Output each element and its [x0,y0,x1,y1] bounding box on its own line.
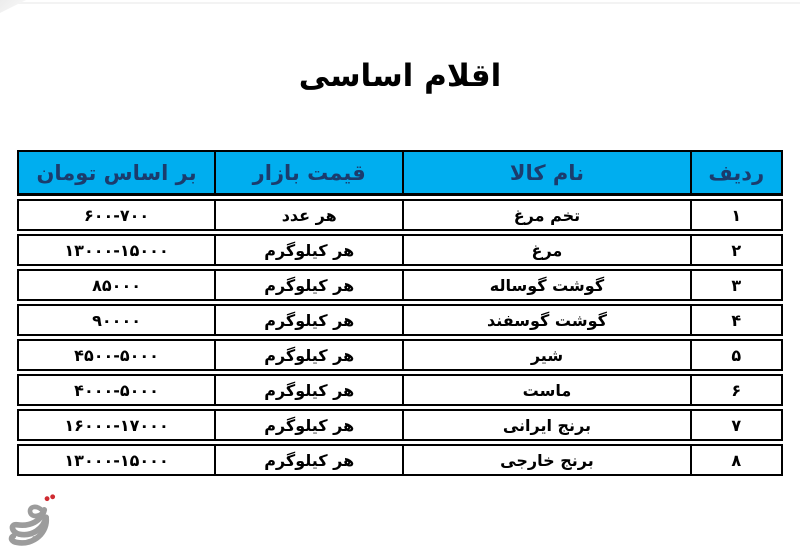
price-cell: ۱۶۰۰۰-۱۷۰۰۰ [19,411,214,439]
table-row: ۷ برنج ایرانی هر کیلوگرم ۱۶۰۰۰-۱۷۰۰۰ [17,409,783,441]
table-row: ۵ شیر هر کیلوگرم ۴۵۰۰-۵۰۰۰ [17,339,783,371]
tasnim-logo-icon [6,491,62,553]
row-number-cell: ۷ [690,411,781,439]
unit-cell: هر کیلوگرم [214,341,402,369]
item-name-cell: تخم مرغ [402,201,689,229]
price-cell: ۱۳۰۰۰-۱۵۰۰۰ [19,236,214,264]
price-cell: ۸۵۰۰۰ [19,271,214,299]
row-number-cell: ۲ [690,236,781,264]
table-body: ۱ تخم مرغ هر عدد ۶۰۰-۷۰۰ ۲ مرغ هر کیلوگر… [17,199,783,476]
row-number-cell: ۴ [690,306,781,334]
table-header-row: ردیف نام کالا قیمت بازار بر اساس تومان [17,150,783,196]
top-edge-line [0,2,800,4]
table-row: ۱ تخم مرغ هر عدد ۶۰۰-۷۰۰ [17,199,783,231]
row-number-cell: ۱ [690,201,781,229]
page: { "page_title": "اقلام اساسی", "colors":… [0,0,800,557]
unit-cell: هر کیلوگرم [214,411,402,439]
table-row: ۶ ماست هر کیلوگرم ۴۰۰۰-۵۰۰۰ [17,374,783,406]
item-name-cell: گوشت گوسفند [402,306,689,334]
unit-cell: هر کیلوگرم [214,236,402,264]
unit-cell: هر کیلوگرم [214,306,402,334]
price-cell: ۱۳۰۰۰-۱۵۰۰۰ [19,446,214,474]
price-cell: ۹۰۰۰۰ [19,306,214,334]
header-cell-row-number: ردیف [690,152,781,193]
row-number-cell: ۵ [690,341,781,369]
unit-cell: هر کیلوگرم [214,376,402,404]
item-name-cell: برنج خارجی [402,446,689,474]
header-cell-in-toman: بر اساس تومان [19,152,214,193]
header-cell-item-name: نام کالا [402,152,689,193]
price-cell: ۴۵۰۰-۵۰۰۰ [19,341,214,369]
unit-cell: هر عدد [214,201,402,229]
row-number-cell: ۳ [690,271,781,299]
unit-cell: هر کیلوگرم [214,271,402,299]
table-row: ۳ گوشت گوساله هر کیلوگرم ۸۵۰۰۰ [17,269,783,301]
price-cell: ۴۰۰۰-۵۰۰۰ [19,376,214,404]
price-cell: ۶۰۰-۷۰۰ [19,201,214,229]
table-row: ۲ مرغ هر کیلوگرم ۱۳۰۰۰-۱۵۰۰۰ [17,234,783,266]
table-row: ۸ برنج خارجی هر کیلوگرم ۱۳۰۰۰-۱۵۰۰۰ [17,444,783,476]
item-name-cell: مرغ [402,236,689,264]
item-name-cell: شیر [402,341,689,369]
item-name-cell: برنج ایرانی [402,411,689,439]
page-title: اقلام اساسی [0,58,800,94]
row-number-cell: ۶ [690,376,781,404]
table-row: ۴ گوشت گوسفند هر کیلوگرم ۹۰۰۰۰ [17,304,783,336]
price-table: ردیف نام کالا قیمت بازار بر اساس تومان ۱… [17,150,783,476]
item-name-cell: ماست [402,376,689,404]
header-cell-market-price: قیمت بازار [214,152,402,193]
row-number-cell: ۸ [690,446,781,474]
unit-cell: هر کیلوگرم [214,446,402,474]
item-name-cell: گوشت گوساله [402,271,689,299]
